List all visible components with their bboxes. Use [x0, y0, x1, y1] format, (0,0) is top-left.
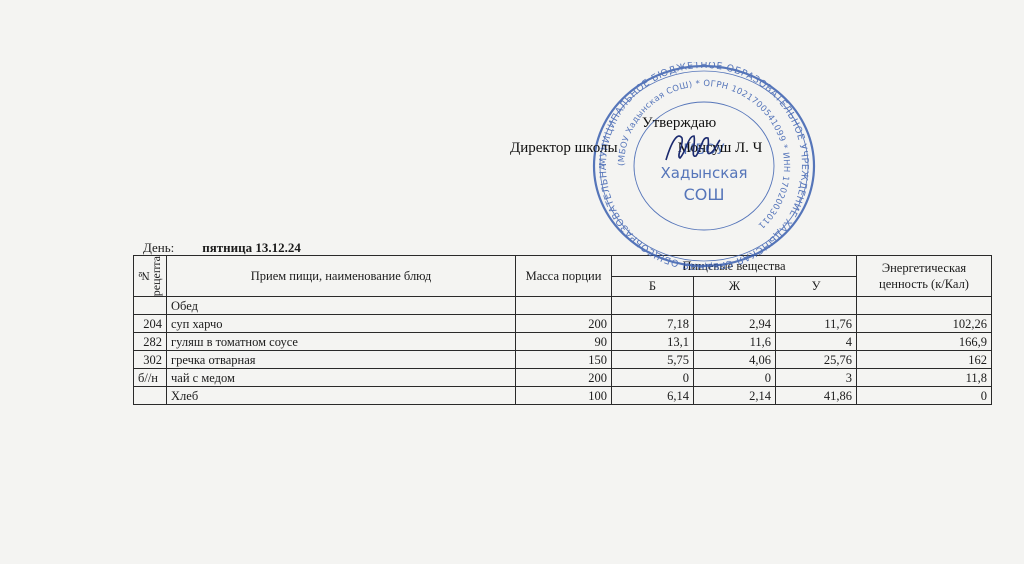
cell-protein: 0 [612, 369, 694, 387]
cell-protein: 13,1 [612, 333, 694, 351]
day-value: пятница 13.12.24 [202, 240, 301, 255]
table-row: 282гуляш в томатном соусе9013,111,64166,… [134, 333, 992, 351]
cell-portion-mass: 90 [516, 333, 612, 351]
header-dish-name: Прием пищи, наименование блюд [167, 256, 516, 297]
cell-fat: 4,06 [694, 351, 776, 369]
header-energy: Энергетическая ценность (к/Кал) [857, 256, 992, 297]
section-title: Обед [167, 297, 516, 315]
cell-dish-name: гуляш в томатном соусе [167, 333, 516, 351]
cell-protein: 5,75 [612, 351, 694, 369]
cell-energy: 102,26 [857, 315, 992, 333]
cell-portion-mass: 100 [516, 387, 612, 405]
cell-protein: 6,14 [612, 387, 694, 405]
table-row: б//нчай с медом20000311,8 [134, 369, 992, 387]
cell-portion-mass: 200 [516, 315, 612, 333]
header-recipe-number: №рецепта [134, 256, 167, 297]
cell-recipe-number: б//н [134, 369, 167, 387]
cell-portion-mass: 150 [516, 351, 612, 369]
cell-carbs: 25,76 [776, 351, 857, 369]
director-signature [662, 130, 722, 164]
cell-fat: 2,94 [694, 315, 776, 333]
table-row: 204суп харчо2007,182,9411,76102,26 [134, 315, 992, 333]
stamp-center-line2: Хадынская [660, 164, 747, 182]
cell-energy: 0 [857, 387, 992, 405]
cell-protein: 7,18 [612, 315, 694, 333]
cell-energy: 166,9 [857, 333, 992, 351]
cell-carbs: 3 [776, 369, 857, 387]
table-row: 302гречка отварная1505,754,0625,76162 [134, 351, 992, 369]
cell-dish-name: чай с медом [167, 369, 516, 387]
cell-dish-name: гречка отварная [167, 351, 516, 369]
menu-table: №рецепта Прием пищи, наименование блюд М… [133, 255, 992, 405]
cell-fat: 11,6 [694, 333, 776, 351]
cell-energy: 162 [857, 351, 992, 369]
day-label: День: [143, 240, 199, 256]
cell-carbs: 41,86 [776, 387, 857, 405]
cell-dish-name: Хлеб [167, 387, 516, 405]
cell-fat: 0 [694, 369, 776, 387]
header-carbs: У [776, 276, 857, 297]
cell-fat: 2,14 [694, 387, 776, 405]
cell-recipe-number: 282 [134, 333, 167, 351]
section-row: Обед [134, 297, 992, 315]
header-fat: Ж [694, 276, 776, 297]
school-stamp: МУНИЦИПАЛЬНОЕ БЮДЖЕТНОЕ ОБРАЗОВАТЕЛЬНОЕ … [588, 62, 820, 270]
stamp-center-line3: СОШ [684, 185, 725, 204]
cell-dish-name: суп харчо [167, 315, 516, 333]
cell-portion-mass: 200 [516, 369, 612, 387]
day-row: День: пятница 13.12.24 [143, 240, 301, 256]
table-row: Хлеб1006,142,1441,860 [134, 387, 992, 405]
cell-recipe-number: 204 [134, 315, 167, 333]
cell-recipe-number: 302 [134, 351, 167, 369]
director-position: Директор школы [510, 140, 618, 156]
cell-recipe-number [134, 387, 167, 405]
approval-line: Директор школыМонгуш Л. Ч [510, 140, 762, 157]
header-protein: Б [612, 276, 694, 297]
cell-carbs: 4 [776, 333, 857, 351]
cell-carbs: 11,76 [776, 315, 857, 333]
cell-energy: 11,8 [857, 369, 992, 387]
